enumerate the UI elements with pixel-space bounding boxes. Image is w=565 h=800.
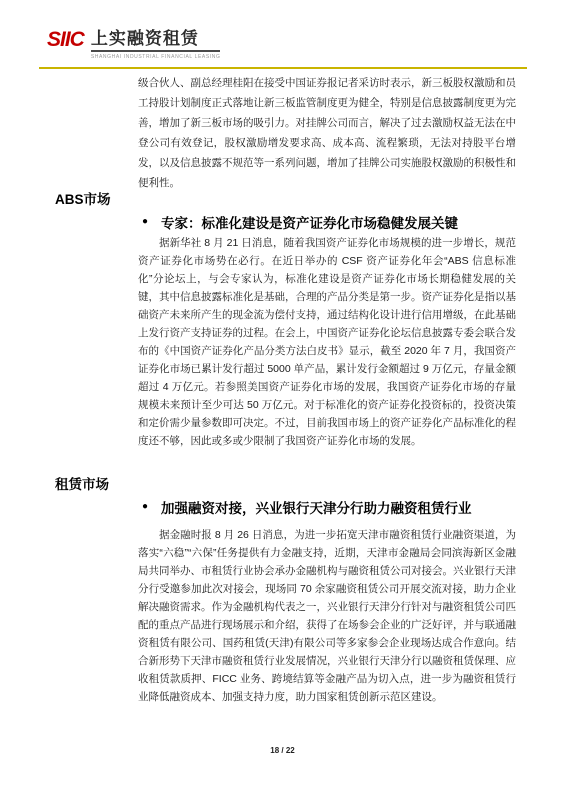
- bullet-icon: ●: [142, 217, 148, 227]
- company-caption: SHANGHAI INDUSTRIAL FINANCIAL LEASING: [91, 54, 221, 60]
- leasing-headline-text: 加强融资对接，兴业银行天津分行助力融资租赁行业: [161, 497, 472, 517]
- leasing-headline: ● 加强融资对接，兴业银行天津分行助力融资租赁行业: [142, 497, 472, 517]
- section-title-abs: ABS市场: [55, 188, 111, 208]
- leasing-paragraph: 据金融时报 8 月 26 日消息，为进一步拓宽天津市融资租赁行业融资渠道，为落实…: [138, 526, 516, 706]
- abs-headline-text: 专家：标准化建设是资产证券化市场稳健发展关键: [161, 212, 458, 232]
- company-name-block: 上实融资租赁 SHANGHAI INDUSTRIAL FINANCIAL LEA…: [91, 28, 221, 60]
- abs-headline: ● 专家：标准化建设是资产证券化市场稳健发展关键: [142, 212, 458, 232]
- intro-paragraph: 级合伙人、副总经理桂阳在接受中国证券报记者采访时表示，新三板股权激励和员工持股计…: [138, 73, 516, 193]
- company-name: 上实融资租赁: [91, 28, 221, 52]
- company-logo: SIIC 上实融资租赁 SHANGHAI INDUSTRIAL FINANCIA…: [47, 28, 220, 60]
- bullet-icon: ●: [142, 502, 148, 512]
- page-number: 18 / 22: [0, 746, 565, 755]
- siic-logo-icon: SIIC: [47, 28, 84, 52]
- section-title-leasing: 租赁市场: [55, 473, 109, 493]
- document-page: SIIC 上实融资租赁 SHANGHAI INDUSTRIAL FINANCIA…: [0, 0, 565, 800]
- abs-paragraph: 据新华社 8 月 21 日消息，随着我国资产证券化市场规模的进一步增长，规范资产…: [138, 234, 516, 450]
- header-divider: [39, 67, 527, 69]
